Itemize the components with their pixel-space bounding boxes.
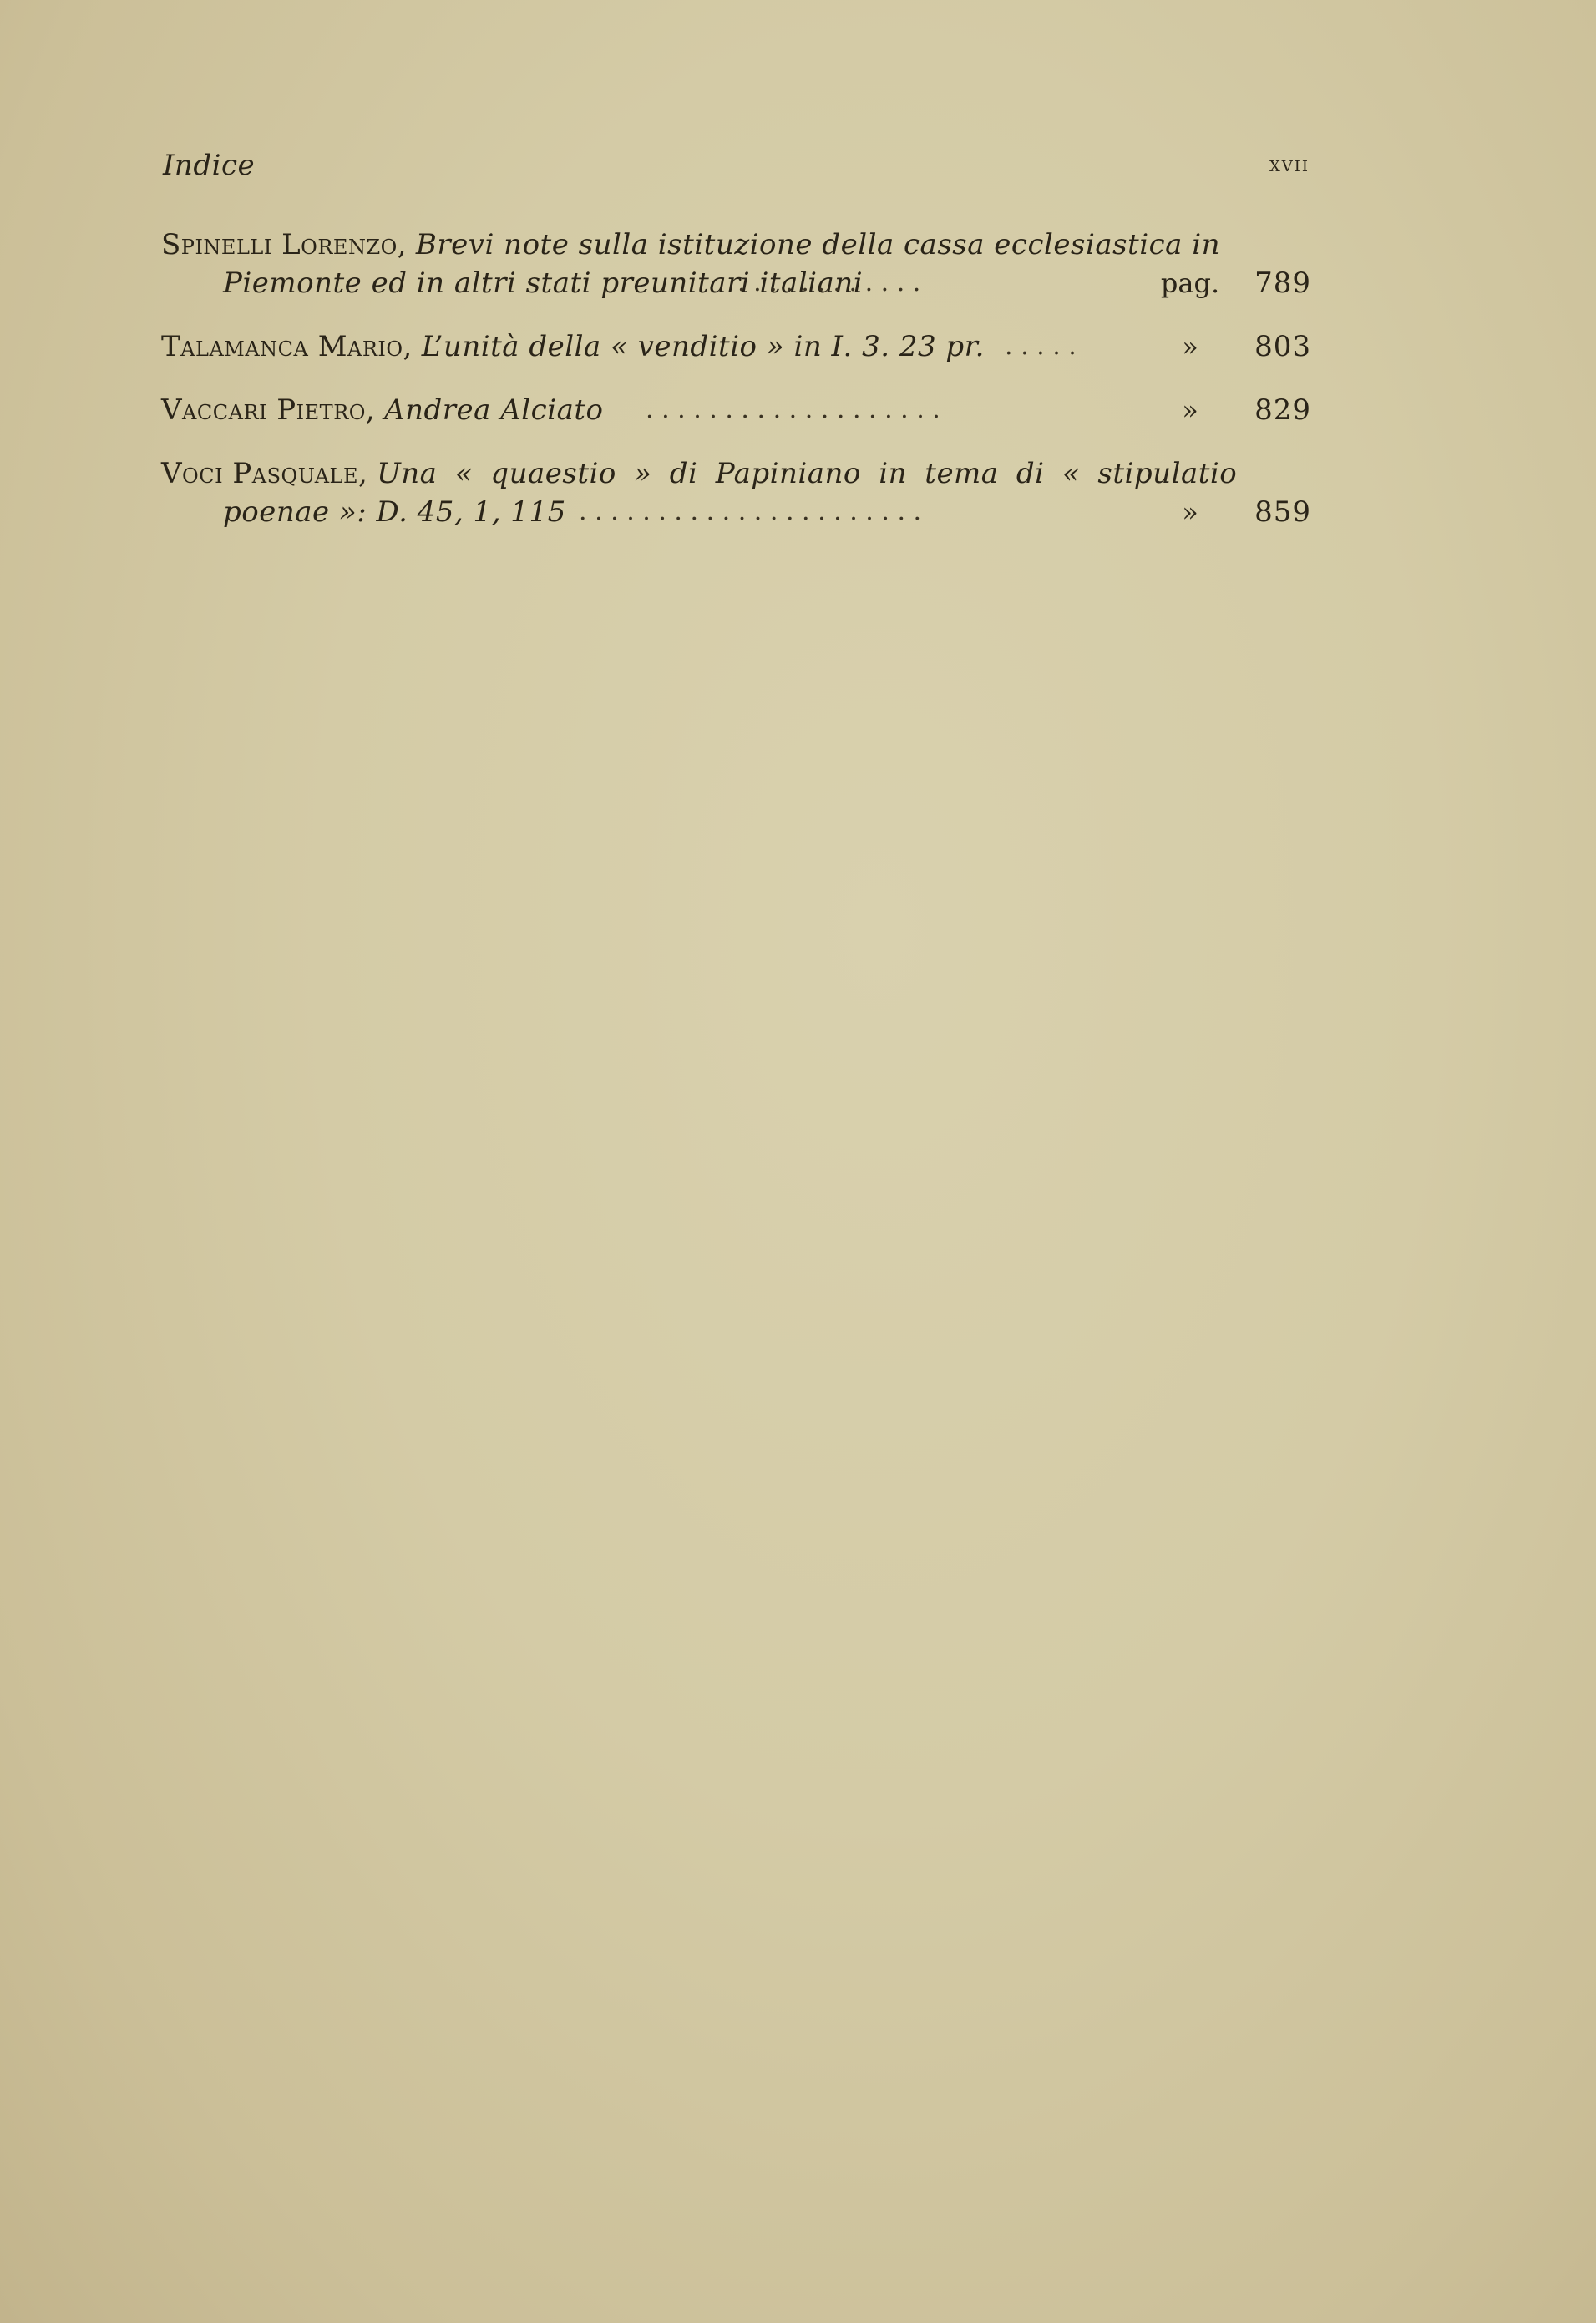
entry-author: Voci Pasquale, <box>161 457 367 490</box>
page-reference: » 803 <box>1153 327 1311 366</box>
table-of-contents: Spinelli Lorenzo, Brevi note sulla istit… <box>161 226 1311 556</box>
entry-title: Andrea Alciato <box>384 393 603 427</box>
running-head: Indice XVII <box>163 149 1310 182</box>
dot-leader: . . . . . <box>1005 327 1172 366</box>
toc-entry: Talamanca Mario, L’unità della « venditi… <box>161 327 1311 366</box>
page-marker: » <box>1153 493 1228 531</box>
entry-author: Spinelli Lorenzo, <box>161 228 407 261</box>
page-marker: pag. <box>1153 264 1228 302</box>
page-number: 789 <box>1254 264 1311 302</box>
toc-entry: Voci Pasquale, Una « quaestio » di Papin… <box>161 454 1311 531</box>
page-number: 829 <box>1254 391 1311 429</box>
page-marker: » <box>1153 327 1228 366</box>
entry-title: L’unità della « venditio » in I. 3. 23 p… <box>422 330 985 363</box>
page-number: 803 <box>1254 327 1311 366</box>
page-reference: pag. 789 <box>1153 264 1311 302</box>
page-reference: » 829 <box>1153 391 1311 429</box>
page-reference: » 859 <box>1153 493 1311 531</box>
entry-author: Talamanca Mario, <box>161 330 413 363</box>
toc-entry-line: Spinelli Lorenzo, Brevi note sulla istit… <box>161 226 1311 264</box>
toc-entry-line: Talamanca Mario, L’unità della « venditi… <box>161 327 1311 366</box>
entry-title: Brevi note sulla istituzione della cassa… <box>416 228 1220 261</box>
toc-entry-line-continued: Piemonte ed in altri stati preunitari it… <box>161 264 1311 302</box>
toc-entry-line: Voci Pasquale, Una « quaestio » di Papin… <box>161 454 1311 493</box>
toc-entry-line-continued: poenae »: D. 45, 1, 115 . . . . . . . . … <box>161 493 1311 531</box>
page-number: 859 <box>1254 493 1311 531</box>
page-number-roman: XVII <box>1269 152 1310 177</box>
dot-leader: . . . . . . . . . . . . . . . . . . . . … <box>579 493 1163 531</box>
entry-title-continued: poenae »: D. 45, 1, 115 <box>223 495 566 529</box>
dot-leader: . . . . . . . . . . . . <box>737 264 1138 302</box>
book-page: Indice XVII Spinelli Lorenzo, Brevi note… <box>0 0 1596 2323</box>
page-marker: » <box>1153 391 1228 429</box>
entry-title: Una « quaestio » di Papiniano in tema di… <box>377 457 1237 490</box>
dot-leader: . . . . . . . . . . . . . . . . . . . <box>646 391 1155 429</box>
entry-author: Vaccari Pietro, <box>161 393 375 427</box>
toc-entry-line: Vaccari Pietro, Andrea Alciato . . . . .… <box>161 391 1311 429</box>
section-title: Indice <box>163 149 255 182</box>
toc-entry: Vaccari Pietro, Andrea Alciato . . . . .… <box>161 391 1311 429</box>
toc-entry: Spinelli Lorenzo, Brevi note sulla istit… <box>161 226 1311 302</box>
